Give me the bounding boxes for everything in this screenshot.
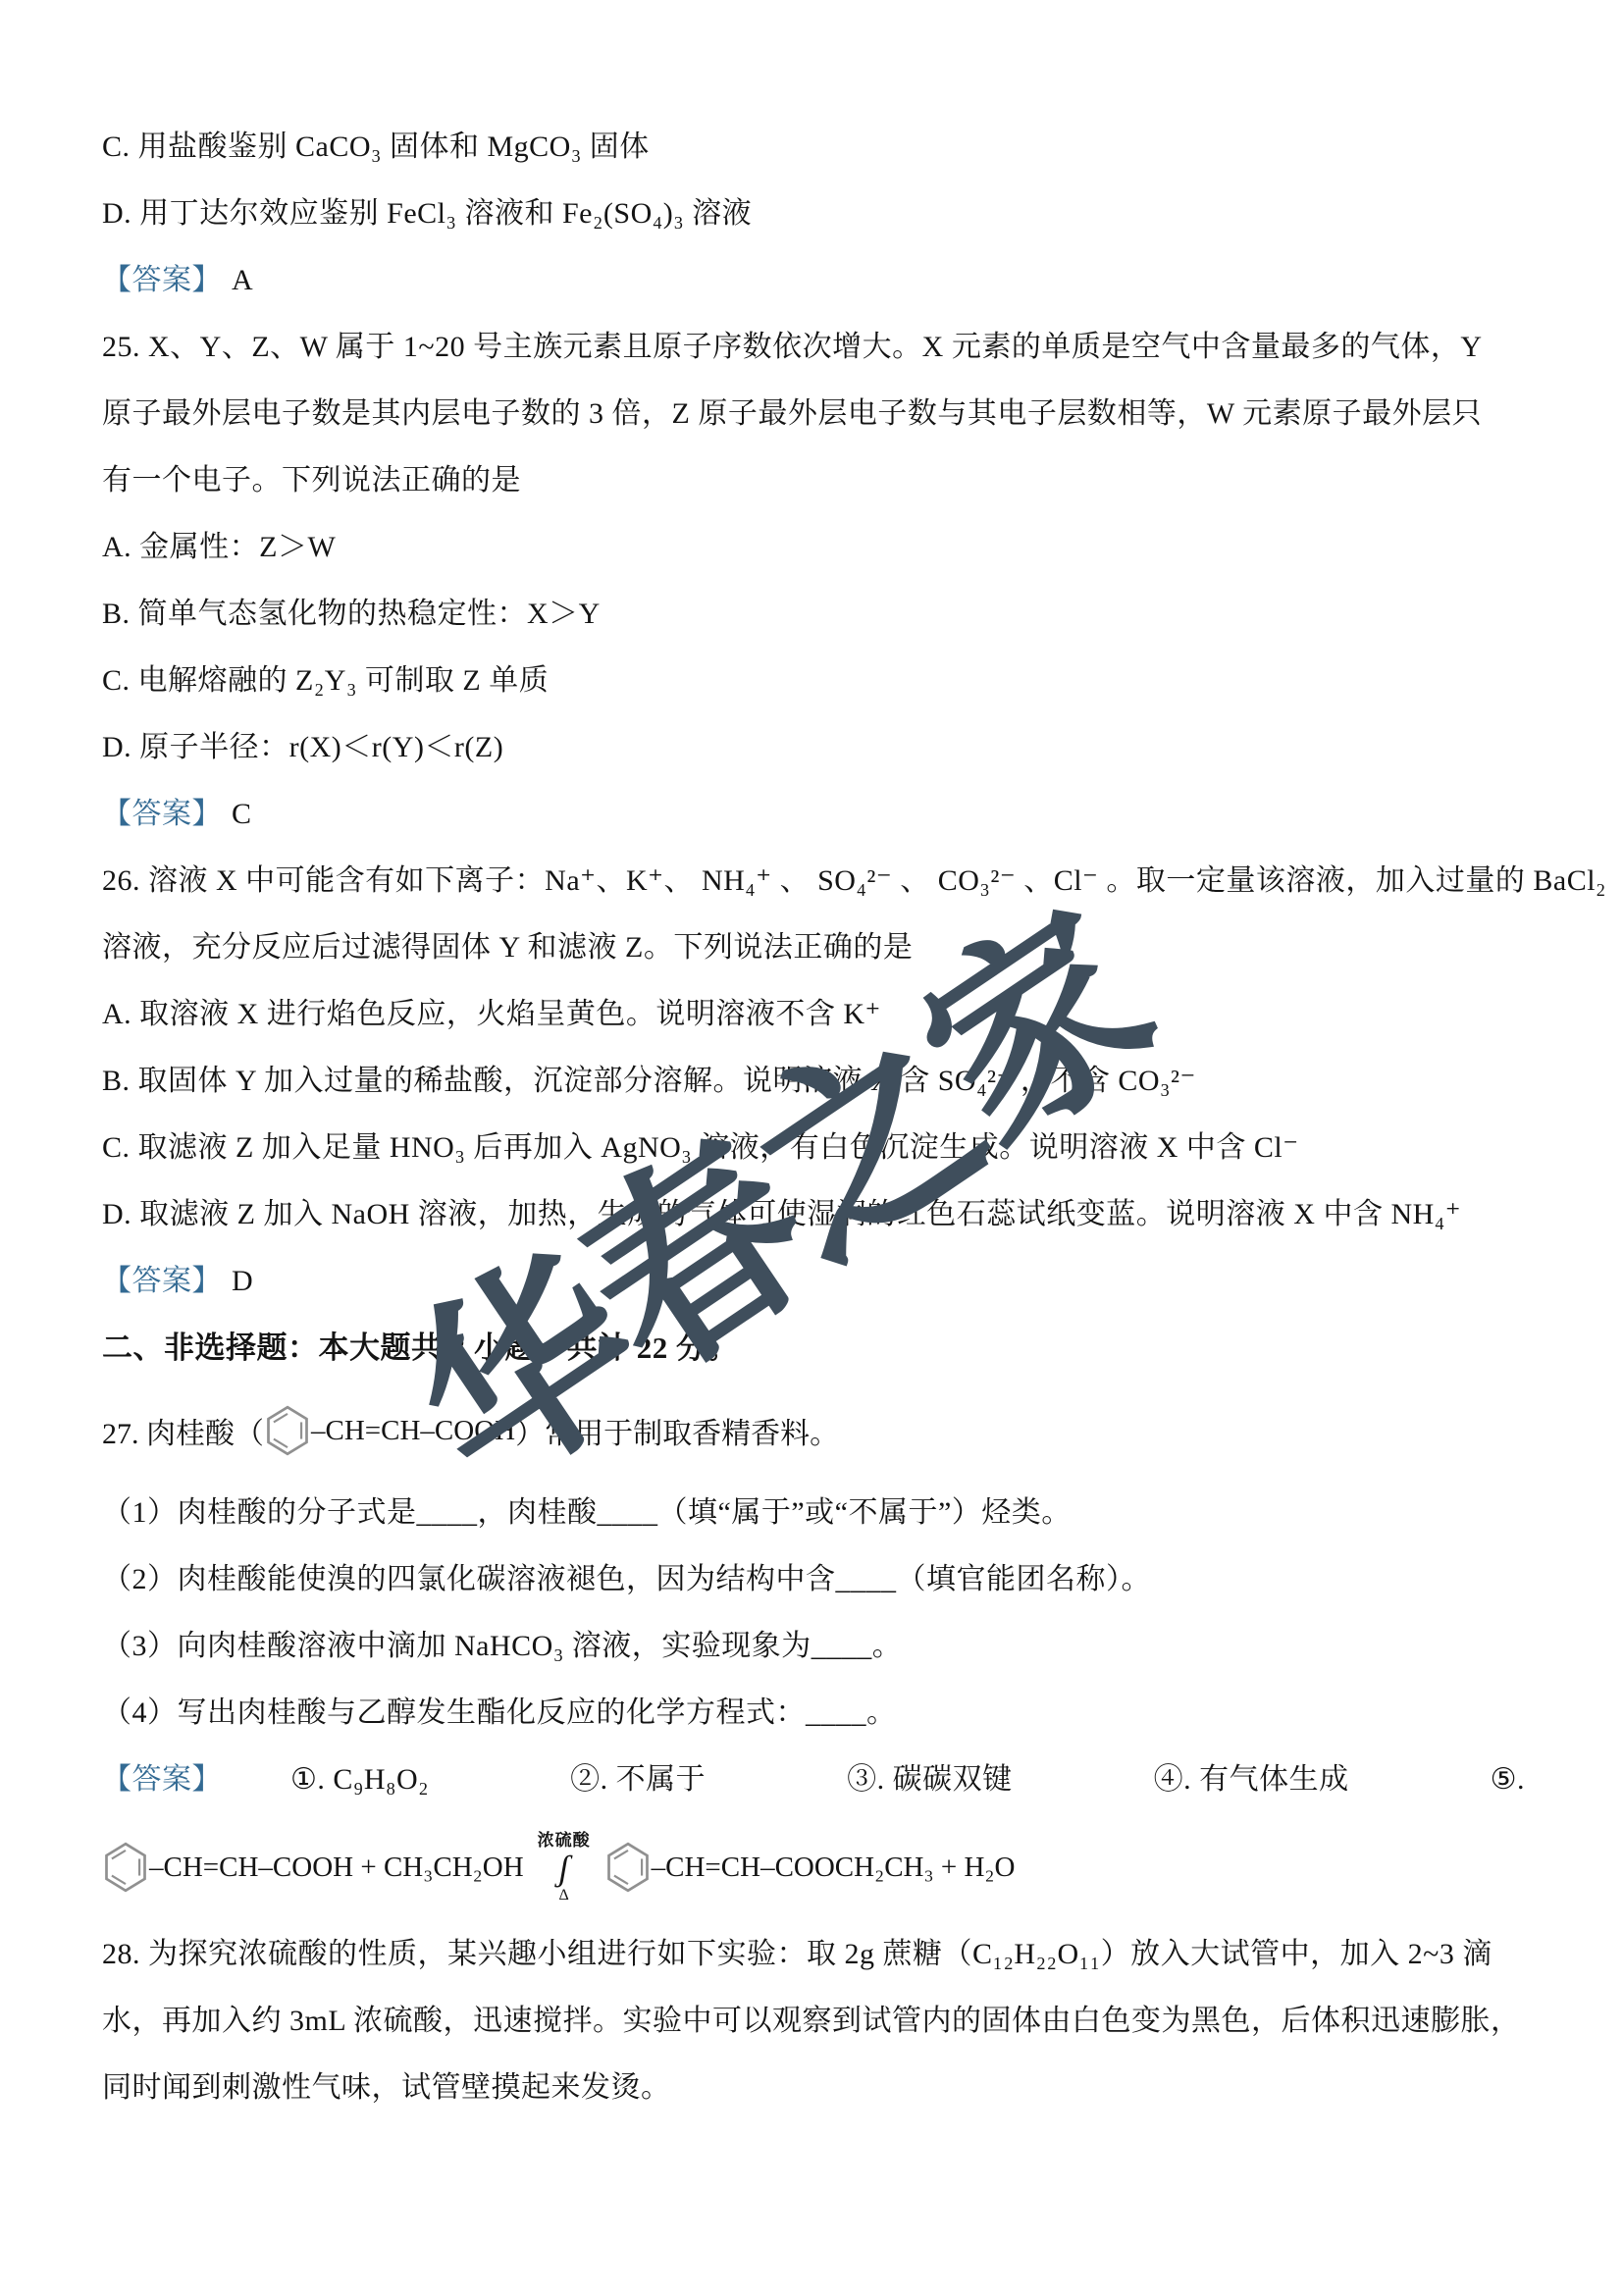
q25-option-b: B. 简单气态氢化物的热稳定性：X＞Y (102, 581, 1525, 648)
condition-heat: Δ (558, 1888, 568, 1904)
q27-part-2: （2）肉桂酸能使溴的四氯化碳溶液褪色，因为结构中含____（填官能团名称）。 (102, 1546, 1525, 1613)
answer-label: 【答案】 (102, 1265, 222, 1297)
q25-option-a: A. 金属性：Z＞W (102, 514, 1525, 581)
q27-equation-left: –CH=CH–COOH + CH₃CH₂OH (149, 1852, 524, 1884)
q26-answer-value: D (232, 1265, 253, 1297)
q27-intro-row: 27. 肉桂酸（ –CH=CH–COOH ）常用于制取香精香料。 (102, 1382, 1525, 1480)
condition-reagent: 浓硫酸 (538, 1832, 591, 1849)
q24-answer-value: A (232, 264, 253, 296)
q27-intro-pre: 27. 肉桂酸（ (102, 1409, 264, 1452)
q24-option-d: D. 用丁达尔效应鉴别 FeCl₃ 溶液和 Fe₂(SO₄)₃ 溶液 (102, 181, 1525, 247)
q26-option-b: B. 取固体 Y 加入过量的稀盐酸，沉淀部分溶解。说明溶液 X 含 SO₄²⁻ … (102, 1048, 1525, 1115)
answer-label: 【答案】 (102, 1747, 222, 1813)
answer-label: 【答案】 (102, 264, 222, 296)
q25-stem-line-3: 有一个电子。下列说法正确的是 (102, 447, 1525, 514)
q27-answer-item-2: ②. 不属于 (570, 1747, 706, 1813)
benzene-ring-icon (104, 1842, 147, 1893)
q26-option-c: C. 取滤液 Z 加入足量 HNO₃ 后再加入 AgNO₃ 溶液，有白色沉淀生成… (102, 1115, 1525, 1181)
q26-stem-line-1: 26. 溶液 X 中可能含有如下离子：Na⁺、K⁺、 NH₄⁺ 、 SO₄²⁻ … (102, 848, 1525, 914)
q27-answer-item-5: ⑤. (1491, 1747, 1525, 1813)
q26-answer-row: 【答案】D (102, 1248, 1525, 1315)
q26-option-a: A. 取溶液 X 进行焰色反应，火焰呈黄色。说明溶液不含 K⁺ (102, 981, 1525, 1048)
exam-content: C. 用盐酸鉴别 CaCO₃ 固体和 MgCO₃ 固体 D. 用丁达尔效应鉴别 … (102, 114, 1525, 2121)
q26-stem-line-2: 溶液，充分反应后过滤得固体 Y 和滤液 Z。下列说法正确的是 (102, 914, 1525, 981)
q27-answer-item-4: ④. 有气体生成 (1154, 1747, 1349, 1813)
q25-option-d: D. 原子半径：r(X)＜r(Y)＜r(Z) (102, 714, 1525, 781)
q25-answer-value: C (232, 798, 252, 830)
q28-stem-line-1: 28. 为探究浓硫酸的性质，某兴趣小组进行如下实验：取 2g 蔗糖（C₁₂H₂₂… (102, 1921, 1525, 1988)
q27-equation-row: –CH=CH–COOH + CH₃CH₂OH 浓硫酸 ʃ Δ –CH=CH–CO… (102, 1813, 1525, 1921)
q26-option-d: D. 取滤液 Z 加入 NaOH 溶液，加热，生成的气体可使湿润的红色石蕊试纸变… (102, 1181, 1525, 1248)
benzene-ring-icon (606, 1842, 650, 1893)
benzene-ring-icon (266, 1405, 309, 1456)
exam-page: C. 用盐酸鉴别 CaCO₃ 固体和 MgCO₃ 固体 D. 用丁达尔效应鉴别 … (0, 0, 1623, 2296)
section-2-header: 二、非选择题：本大题共 3 小题，共计 22 分。 (102, 1315, 1525, 1382)
q27-intro-post: ）常用于制取香精香料。 (515, 1409, 839, 1452)
q27-equation-right: –CH=CH–COOCH₂CH₃ + H₂O (652, 1852, 1016, 1884)
q25-option-c: C. 电解熔融的 Z₂Y₃ 可制取 Z 单质 (102, 648, 1525, 714)
q24-option-c: C. 用盐酸鉴别 CaCO₃ 固体和 MgCO₃ 固体 (102, 114, 1525, 181)
q27-answer-item-3: ③. 碳碳双键 (847, 1747, 1013, 1813)
q27-answer-items: ①. C₉H₈O₂ ②. 不属于 ③. 碳碳双键 ④. 有气体生成 ⑤. (232, 1747, 1525, 1813)
q27-formula: –CH=CH–COOH (311, 1415, 515, 1447)
q28-stem-line-2: 水，再加入约 3mL 浓硫酸，迅速搅拌。实验中可以观察到试管内的固体由白色变为黑… (102, 1988, 1525, 2055)
answer-label: 【答案】 (102, 798, 222, 830)
q25-stem-line-1: 25. X、Y、Z、W 属于 1~20 号主族元素且原子序数依次增大。X 元素的… (102, 314, 1525, 381)
q27-part-4: （4）写出肉桂酸与乙醇发生酯化反应的化学方程式：____。 (102, 1680, 1525, 1747)
q27-answer-item-1: ①. C₉H₈O₂ (290, 1747, 429, 1813)
reaction-arrow-glyph: ʃ (558, 1851, 568, 1886)
reaction-condition: 浓硫酸 ʃ Δ (538, 1832, 591, 1904)
q27-answer-row: 【答案】 ①. C₉H₈O₂ ②. 不属于 ③. 碳碳双键 ④. 有气体生成 ⑤… (102, 1747, 1525, 1813)
q25-stem-line-2: 原子最外层电子数是其内层电子数的 3 倍，Z 原子最外层电子数与其电子层数相等，… (102, 381, 1525, 447)
q24-answer-row: 【答案】A (102, 247, 1525, 314)
q27-part-1: （1）肉桂酸的分子式是____，肉桂酸____（填“属于”或“不属于”）烃类。 (102, 1480, 1525, 1546)
q25-answer-row: 【答案】C (102, 781, 1525, 848)
q27-part-3: （3）向肉桂酸溶液中滴加 NaHCO₃ 溶液，实验现象为____。 (102, 1613, 1525, 1680)
q28-stem-line-3: 同时闻到刺激性气味，试管壁摸起来发烫。 (102, 2055, 1525, 2121)
